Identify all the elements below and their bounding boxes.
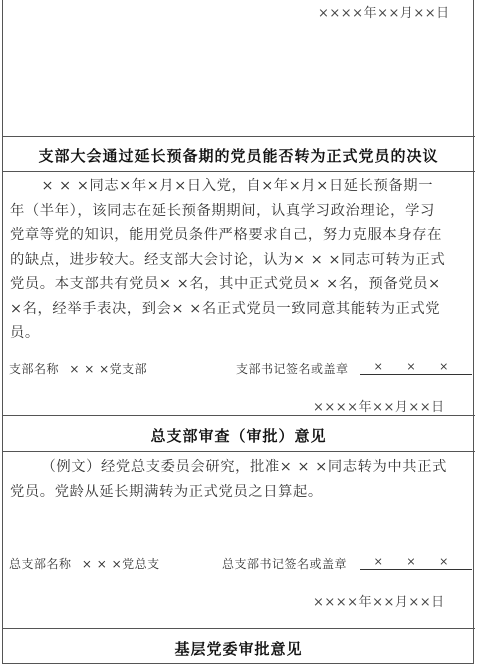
resolution-line: 党章等党的知识，能用党员条件严格要求自己，努力克服本身存在 bbox=[10, 223, 470, 248]
divider bbox=[2, 451, 475, 452]
resolution-line: ×名，经举手表决，到会× ×名正式党员一致同意其能转为正式党 bbox=[10, 297, 470, 322]
divider bbox=[2, 136, 475, 137]
divider bbox=[2, 171, 475, 172]
general-branch-line: 党员。党龄从延长期满转为正式党员之日算起。 bbox=[10, 480, 470, 505]
general-secretary-signature-label: 总支部书记签名或盖章 bbox=[222, 555, 347, 572]
general-branch-body: （例文）经党总支委员会研究，批准× × ×同志转为中共正式 党员。党龄从延长期满… bbox=[10, 455, 470, 504]
general-branch-name-field: 总支部名称 × × ×党总支 bbox=[9, 555, 160, 572]
resolution-line: 党员。本支部共有党员× ×名，其中正式党员× ×名，预备党员× bbox=[10, 272, 470, 297]
resolution-line: 的缺点，进步较大。经支部大会讨论，认为× × ×同志可转为正式 bbox=[10, 248, 470, 273]
resolution-body: × × ×同志×年×月×日入党，自×年×月×日延长预备期一 年（半年），该同志在… bbox=[10, 174, 470, 346]
committee-title: 基层党委审批意见 bbox=[2, 638, 475, 659]
branch-name-value: × × ×党支部 bbox=[69, 362, 147, 376]
general-branch-line: （例文）经党总支委员会研究，批准× × ×同志转为中共正式 bbox=[10, 455, 470, 480]
general-branch-name-value: × × ×党总支 bbox=[82, 557, 160, 571]
branch-name-label: 支部名称 bbox=[9, 362, 59, 376]
resolution-line: 员。 bbox=[10, 321, 470, 346]
resolution-line: × × ×同志×年×月×日入党，自×年×月×日延长预备期一 bbox=[10, 174, 470, 199]
resolution-line: 年（半年），该同志在延长预备期期间，认真学习政治理论，学习 bbox=[10, 199, 470, 224]
branch-name-field: 支部名称 × × ×党支部 bbox=[9, 360, 147, 377]
general-branch-name-label: 总支部名称 bbox=[9, 557, 72, 571]
general-branch-date: ××××年××月××日 bbox=[313, 591, 445, 610]
general-branch-title: 总支部审查（审批）意见 bbox=[2, 425, 475, 446]
secretary-signature-field[interactable]: × × × bbox=[360, 360, 472, 375]
resolution-title: 支部大会通过延长预备期的党员能否转为正式党员的决议 bbox=[2, 145, 475, 166]
secretary-signature-label: 支部书记签名或盖章 bbox=[236, 360, 349, 377]
general-secretary-signature-field[interactable]: × × × bbox=[360, 555, 472, 570]
divider bbox=[2, 628, 475, 629]
divider bbox=[2, 415, 475, 416]
resolution-date: ××××年××月××日 bbox=[313, 396, 445, 415]
top-section-date: ××××年××月××日 bbox=[318, 2, 450, 21]
